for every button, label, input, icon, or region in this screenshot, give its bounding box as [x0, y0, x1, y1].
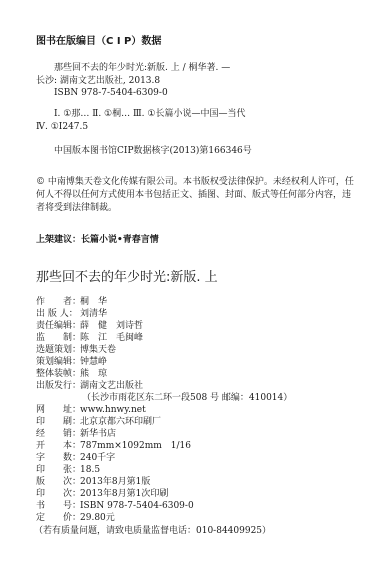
cip-classification-line2: Ⅳ. ①I247.5 — [36, 121, 88, 133]
detail-row-printing: 印 次：2013年8月第1次印刷 — [36, 488, 168, 500]
detail-row-printer: 印 刷：北京京都六环印刷厂 — [36, 416, 161, 428]
credit-row-author: 作 者：桐 华 — [36, 296, 107, 308]
book-title: 那些回不去的年少时光:新版. 上 — [36, 270, 218, 286]
copyright-notice: © 中南博集天卷文化传媒有限公司。本书版权受法律保护。未经权利人许可，任何人不得… — [36, 176, 354, 215]
credit-row-planning-editor: 策划编辑：钟慧峥 — [36, 356, 107, 368]
detail-row-word-count: 字 数：240千字 — [36, 452, 115, 464]
credit-row-design: 整体装帧：熊 琼 — [36, 368, 107, 380]
detail-row-sheets: 印 张：18.5 — [36, 464, 100, 476]
cip-classification-line1: Ⅰ. ①那… Ⅱ. ①桐… Ⅲ. ①长篇小说—中国—当代 — [54, 108, 245, 120]
cip-heading: 图书在版编目（C I P）数据 — [36, 36, 161, 48]
detail-row-website: 网 址：www.hnwy.net — [36, 404, 146, 416]
publisher-address: （长沙市雨花区东二环一段508 号 邮编：410014） — [82, 392, 292, 404]
cip-entry-line1: 那些回不去的年少时光:新版. 上 / 桐华著. — — [54, 62, 230, 74]
credit-row-distribution: 出版发行：湖南文艺出版社 — [36, 380, 143, 392]
cip-isbn: ISBN 978-7-5404-6309-0 — [54, 87, 168, 99]
credit-row-supervisor: 监 制：陈 江 毛闽峰 — [36, 332, 143, 344]
cip-approval-number: 中国版本图书馆CIP数据核字(2013)第166346号 — [54, 145, 252, 157]
detail-row-price: 定 价：29.80元 — [36, 512, 115, 524]
detail-row-edition: 版 次：2013年8月第1版 — [36, 476, 150, 488]
credit-row-editor: 责任编辑：薛 健 刘诗哲 — [36, 320, 143, 332]
detail-row-distributor: 经 销：新华书店 — [36, 428, 116, 440]
credit-row-publisher: 出 版 人：刘清华 — [36, 308, 107, 320]
cip-entry-line2: 长沙: 湖南文艺出版社, 2013.8 — [36, 75, 160, 87]
detail-row-isbn: 书 号：ISBN 978-7-5404-6309-0 — [36, 500, 194, 512]
quality-note: （若有质量问题，请致电质量监督电话：010-84409925） — [34, 525, 271, 537]
credit-row-planning: 选题策划：博集天卷 — [36, 344, 116, 356]
shelf-suggestion: 上架建议：长篇小说•青春言情 — [36, 234, 159, 246]
detail-row-format: 开 本：787mm×1092mm 1/16 — [36, 440, 191, 452]
